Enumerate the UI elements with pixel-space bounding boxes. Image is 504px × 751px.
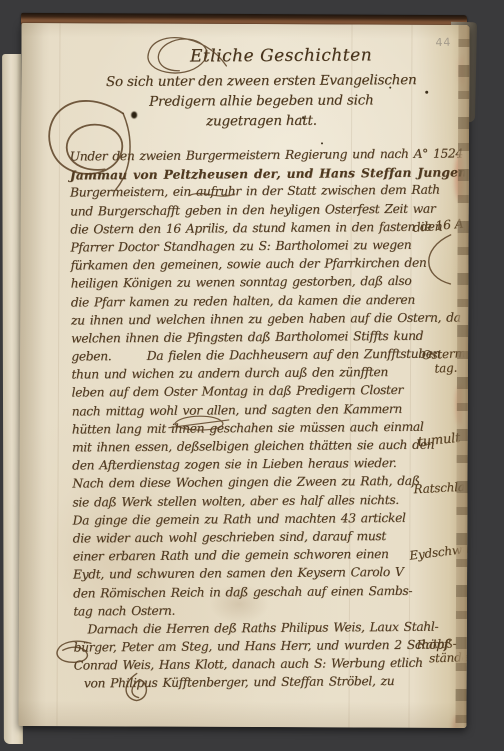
text-line: von Philipus Küfftenberger, und Steffan …: [74, 674, 446, 695]
margin-note-tumult: tumult: [417, 431, 461, 450]
title-line-3: Predigern alhie begeben und sich: [81, 92, 441, 110]
ink-speck: [389, 87, 391, 89]
manuscript-page: 44 Etliche Geschichten So sich unter den…: [18, 23, 469, 728]
ink-blot: [131, 112, 137, 119]
title-line-2: So sich unter den zween ersten Evangelis…: [81, 72, 441, 90]
manuscript-scan: 44 Etliche Geschichten So sich unter den…: [0, 0, 504, 751]
ink-speck: [321, 142, 323, 144]
margin-note-rathsstaende-line1: Rathß-: [416, 637, 456, 652]
body-text: Under den zweien Burgermeistern Regierun…: [70, 147, 446, 696]
ink-speck: [302, 116, 304, 119]
paper-crease: [56, 23, 60, 726]
ink-speck: [425, 91, 428, 94]
deckle-edge: [455, 25, 469, 728]
title-line-1: Etliche Geschichten: [121, 45, 441, 67]
